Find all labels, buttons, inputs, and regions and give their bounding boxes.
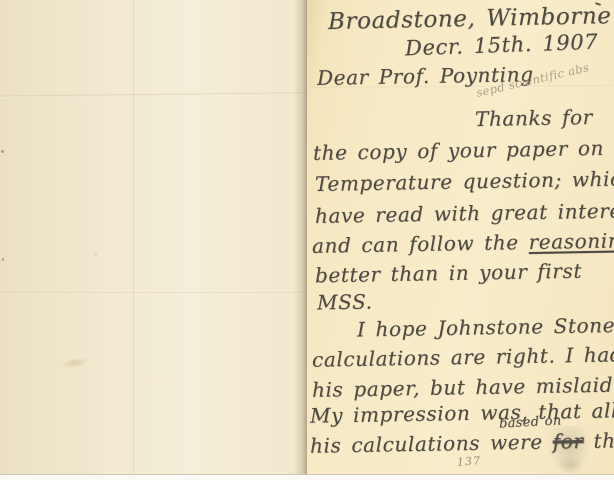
underlined-word: reasoning [528, 228, 614, 254]
letter-line: Temperature question; which I [315, 166, 614, 196]
smudged-stamp-lower [557, 455, 583, 475]
letter-line-text: the [593, 428, 614, 453]
letter-scan: Broadstone, Wimborne Decr. 15th. 1907 De… [0, 0, 614, 480]
vertical-fold-crease [133, 0, 135, 474]
letter-line: calculations are right. I had [312, 342, 614, 371]
paper-stain [59, 356, 90, 370]
letter-line: his paper, but have mislaid it. [312, 372, 614, 402]
left-page-blank [0, 0, 307, 474]
letter-line-text: and can follow the [312, 230, 519, 258]
letter-page: Broadstone, Wimborne Decr. 15th. 1907 De… [307, 0, 614, 474]
letter-line: better than in your first [315, 259, 582, 288]
letter-line: and can follow the reasoning [312, 228, 614, 258]
scanner-background-strip [0, 474, 614, 480]
scan-speck [1, 150, 4, 153]
letter-line: I hope Johnstone Stoney's [357, 312, 614, 341]
letter-line: Thanks for [475, 105, 593, 131]
letter-line: have read with great interest, [315, 198, 614, 228]
scan-speck [95, 253, 97, 255]
letter-line: My impression was, that all [310, 398, 614, 427]
horizontal-fold-crease-upper [0, 92, 306, 97]
letter-line-text: his calculations were [310, 430, 543, 458]
letter-line: MSS. [317, 290, 373, 315]
pencil-page-number: 137 [457, 454, 482, 469]
scan-speck [2, 258, 4, 261]
page-gutter-shadow [293, 0, 308, 474]
horizontal-fold-crease-lower [0, 292, 306, 294]
date-line: Decr. 15th. 1907 [404, 30, 598, 61]
letter-line: the copy of your paper on the [313, 135, 614, 165]
